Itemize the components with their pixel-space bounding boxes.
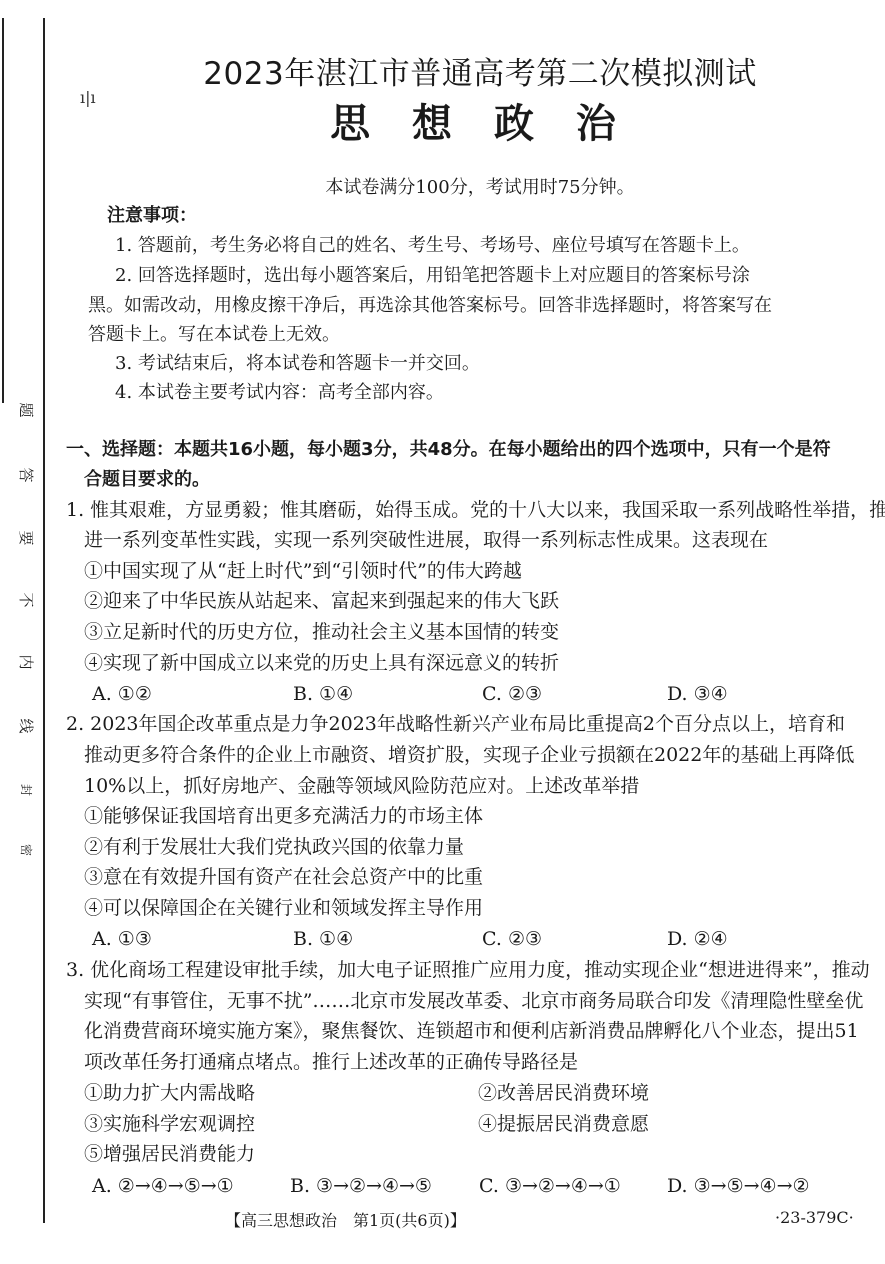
subject-title: 思 想 政 治 [0, 92, 885, 149]
note-line: 4. 本试卷主要考试内容：高考全部内容。 [115, 380, 444, 406]
note-line: 黑。如需改动，用橡皮擦干净后，再选涂其他答案标号。回答非选择题时，将答案写在 [88, 293, 772, 319]
statement: ②迎来了中华民族从站起来、富起来到强起来的伟大飞跃 [84, 588, 559, 614]
statement: ③实施科学宏观调控 [84, 1111, 255, 1137]
seal-char: 题 [16, 400, 36, 420]
statement: ②改善居民消费环境 [478, 1080, 649, 1106]
option-b[interactable]: B. ③→②→④→⑤ [290, 1173, 432, 1199]
paper-code: ·23-379C· [775, 1208, 854, 1227]
option-c[interactable]: C. ②③ [482, 926, 542, 952]
question-stem: 项改革任务打通痛点堵点。推行上述改革的正确传导路径是 [84, 1049, 578, 1075]
seal-char: 答 [16, 465, 36, 485]
option-d[interactable]: D. ③→⑤→④→② [667, 1173, 810, 1199]
option-a[interactable]: A. ①③ [92, 926, 152, 952]
seal-char: 要 [16, 528, 36, 548]
option-c[interactable]: C. ③→②→④→① [479, 1173, 621, 1199]
note-line: 2. 回答选择题时，选出每小题答案后，用铅笔把答题卡上对应题目的答案标号涂 [115, 263, 750, 289]
section-heading-line: 一、选择题：本题共16小题，每小题3分，共48分。在每小题给出的四个选项中，只有… [66, 437, 831, 463]
question-stem: 实现“有事管住，无事不扰”……北京市发展改革委、北京市商务局联合印发《清理隐性壁… [84, 988, 863, 1014]
page-footer-label: 【高三思想政治 第1页(共6页)】 [225, 1208, 466, 1231]
question-stem: 推动更多符合条件的企业上市融资、增资扩股，实现子企业亏损额在2022年的基础上再… [84, 742, 854, 768]
option-a[interactable]: A. ①② [92, 681, 152, 707]
statement: ④提振居民消费意愿 [478, 1111, 649, 1137]
option-b[interactable]: B. ①④ [293, 926, 353, 952]
seal-char: 密 [16, 840, 36, 860]
statement: ①能够保证我国培育出更多充满活力的市场主体 [84, 803, 483, 829]
exam-title: 2023年湛江市普通高考第二次模拟测试 [0, 48, 885, 93]
statement: ④实现了新中国成立以来党的历史上具有深远意义的转折 [84, 650, 559, 676]
statement: ③意在有效提升国有资产在社会总资产中的比重 [84, 864, 483, 890]
section-heading-line: 合题目要求的。 [84, 467, 210, 493]
option-d[interactable]: D. ②④ [667, 926, 728, 952]
option-c[interactable]: C. ②③ [482, 681, 542, 707]
note-line: 答题卡上。写在本试卷上无效。 [88, 322, 340, 348]
question-stem: 2. 2023年国企改革重点是力争2023年战略性新兴产业布局比重提高2个百分点… [66, 711, 845, 737]
exam-info: 本试卷满分100分，考试用时75分钟。 [0, 173, 885, 199]
statement: ④可以保障国企在关键行业和领域发挥主导作用 [84, 895, 483, 921]
question-stem: 3. 优化商场工程建设审批手续，加大电子证照推广应用力度，推动实现企业“想进进得… [66, 957, 870, 983]
seal-char: 不 [16, 590, 36, 610]
statement: ⑤增强居民消费能力 [84, 1141, 255, 1167]
statement: ③立足新时代的历史方位，推动社会主义基本国情的转变 [84, 619, 559, 645]
option-a[interactable]: A. ②→④→⑤→① [92, 1173, 234, 1199]
option-b[interactable]: B. ①④ [293, 681, 353, 707]
statement: ②有利于发展壮大我们党执政兴国的依靠力量 [84, 834, 464, 860]
seal-char: 内 [16, 652, 36, 672]
question-stem: 1. 惟其艰难，方显勇毅；惟其磨砺，始得玉成。党的十八大以来，我国采取一系列战略… [66, 497, 885, 523]
question-stem: 化消费营商环境实施方案》，聚焦餐饮、连锁超市和便利店新消费品牌孵化八个业态，提出… [84, 1018, 859, 1044]
question-stem: 10%以上，抓好房地产、金融等领域风险防范应对。上述改革举措 [84, 773, 639, 799]
note-line: 3. 考试结束后，将本试卷和答题卡一并交回。 [115, 351, 480, 377]
notes-heading: 注意事项： [107, 203, 197, 229]
seal-char: 封 [16, 780, 36, 800]
question-stem: 进一系列变革性实践，实现一系列突破性进展，取得一系列标志性成果。这表现在 [84, 527, 768, 553]
statement: ①助力扩大内需战略 [84, 1080, 255, 1106]
note-line: 1. 答题前，考生务必将自己的姓名、考生号、考场号、座位号填写在答题卡上。 [115, 233, 750, 259]
seal-char: 线 [16, 716, 36, 736]
option-d[interactable]: D. ③④ [667, 681, 728, 707]
statement: ①中国实现了从“赶上时代”到“引领时代”的伟大跨越 [84, 558, 522, 584]
